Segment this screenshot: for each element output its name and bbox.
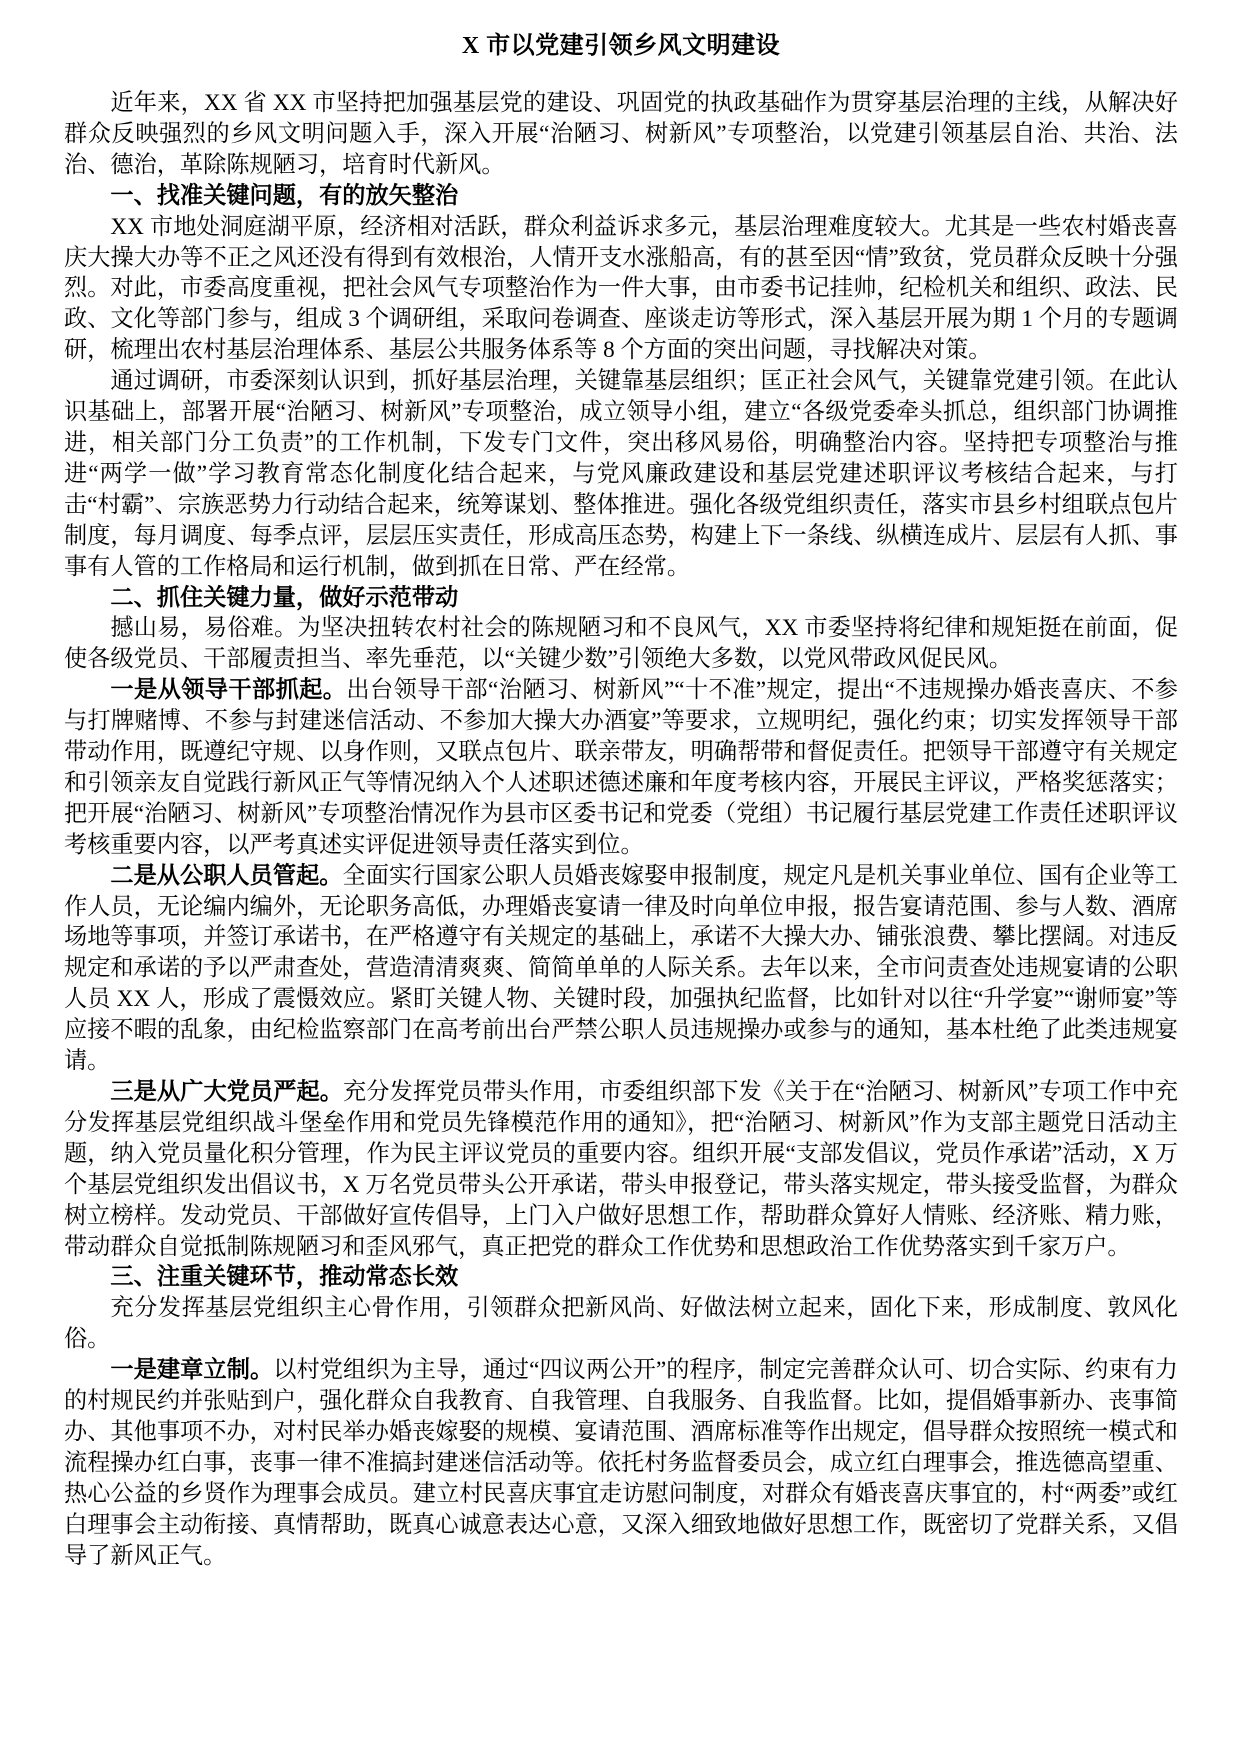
paragraph: 一是从领导干部抓起。出台领导干部“治陋习、树新风”“十不准”规定，提出“不违规操…: [64, 675, 1178, 860]
paragraph: 二是从公职人员管起。全面实行国家公职人员婚丧嫁娶申报制度，规定凡是机关事业单位、…: [64, 861, 1178, 1077]
paragraph-lead: 一是建章立制。: [110, 1357, 273, 1383]
paragraph: XX 市地处洞庭湖平原，经济相对活跃，群众利益诉求多元，基层治理难度较大。尤其是…: [64, 212, 1178, 367]
paragraph-lead: 二是从公职人员管起。: [110, 863, 342, 889]
paragraph: 近年来，XX 省 XX 市坚持把加强基层党的建设、巩固党的执政基础作为贯穿基层治…: [64, 88, 1178, 181]
paragraph: 一是建章立制。以村党组织为主导，通过“四议两公开”的程序，制定完善群众认可、切合…: [64, 1355, 1178, 1571]
section-heading: 二、抓住关键力量，做好示范带动: [64, 583, 1178, 614]
paragraph-lead: 三是从广大党员严起。: [110, 1079, 343, 1105]
paragraph-lead: 一是从领导干部抓起。: [110, 677, 346, 703]
document-title: X 市以党建引领乡风文明建设: [64, 30, 1178, 62]
document-body: 近年来，XX 省 XX 市坚持把加强基层党的建设、巩固党的执政基础作为贯穿基层治…: [64, 88, 1178, 1572]
paragraph: 撼山易，易俗难。为坚决扭转农村社会的陈规陋习和不良风气，XX 市委坚持将纪律和规…: [64, 613, 1178, 675]
paragraph: 通过调研，市委深刻认识到，抓好基层治理，关键靠基层组织；匡正社会风气，关键靠党建…: [64, 366, 1178, 582]
paragraph: 充分发挥基层党组织主心骨作用，引领群众把新风尚、好做法树立起来，固化下来，形成制…: [64, 1293, 1178, 1355]
section-heading: 三、注重关键环节，推动常态长效: [64, 1262, 1178, 1293]
section-heading: 一、找准关键问题，有的放矢整治: [64, 181, 1178, 212]
document-page: X 市以党建引领乡风文明建设 近年来，XX 省 XX 市坚持把加强基层党的建设、…: [0, 0, 1240, 1754]
paragraph: 三是从广大党员严起。充分发挥党员带头作用，市委组织部下发《关于在“治陋习、树新风…: [64, 1077, 1178, 1262]
